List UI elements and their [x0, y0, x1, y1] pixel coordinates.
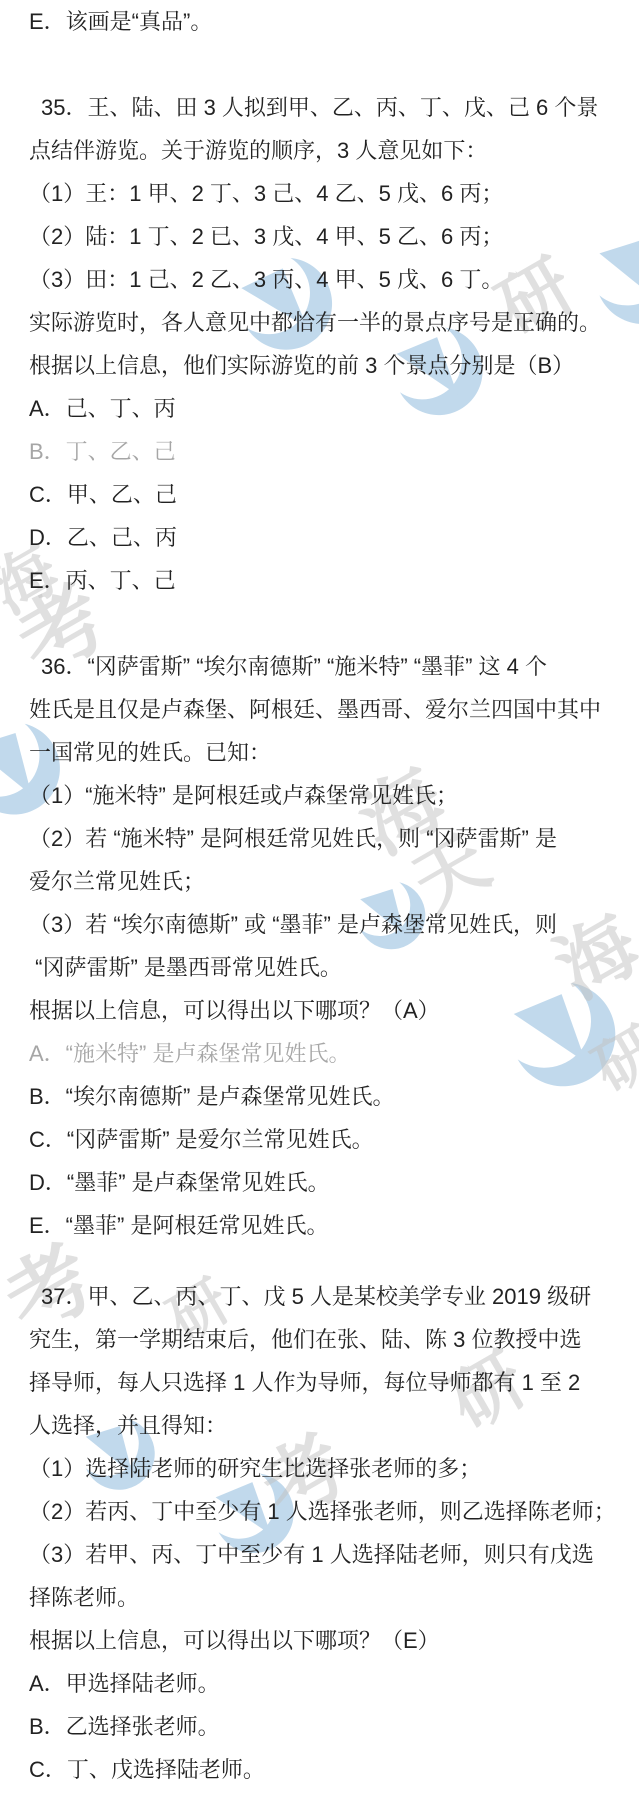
option-line: D．“墨菲” 是卢森堡常见姓氏。 [29, 1161, 611, 1204]
condition-line: （2）陆：1 丁、2 已、3 戊、4 甲、5 乙、6 丙； [29, 215, 611, 258]
question-text-line: 择导师，每人只选择 1 人作为导师，每位导师都有 1 至 2 [29, 1361, 611, 1404]
option-line-selected: A．“施米特” 是卢森堡常见姓氏。 [29, 1032, 611, 1075]
option-line: B．“埃尔南德斯” 是卢森堡常见姓氏。 [29, 1075, 611, 1118]
question-text-line: 实际游览时，各人意见中都恰有一半的景点序号是正确的。 [29, 301, 611, 344]
option-line: C．甲、乙、己 [29, 473, 611, 516]
condition-line: （3）若甲、丙、丁中至少有 1 人选择陆老师，则只有戊选 [29, 1533, 611, 1576]
option-line: C．丁、戊选择陆老师。 [29, 1748, 611, 1791]
condition-line: （1）选择陆老师的研究生比选择张老师的多； [29, 1447, 611, 1490]
question-text-line: 究生，第一学期结束后，他们在张、陆、陈 3 位教授中选 [29, 1318, 611, 1361]
question-text-line: 一国常见的姓氏。已知： [29, 731, 611, 774]
option-line: A．甲选择陆老师。 [29, 1662, 611, 1705]
question-stem-line: 37．甲、乙、丙、丁、戊 5 人是某校美学专业 2019 级研 [29, 1275, 611, 1318]
question-text-line: 点结伴游览。关于游览的顺序，3 人意见如下： [29, 129, 611, 172]
option-line: E．该画是“真品”。 [29, 0, 611, 43]
condition-line: （3）若 “埃尔南德斯” 或 “墨菲” 是卢森堡常见姓氏，则 [29, 903, 611, 946]
question-text-line: 择陈老师。 [29, 1576, 611, 1619]
condition-line: （1）“施米特” 是阿根廷或卢森堡常见姓氏； [29, 774, 611, 817]
condition-line: （1）王：1 甲、2 丁、3 己、4 乙、5 戊、6 丙； [29, 172, 611, 215]
condition-line: （3）田：1 己、2 乙、3 丙、4 甲、5 戊、6 丁。 [29, 258, 611, 301]
option-line: E．“墨菲” 是阿根廷常见姓氏。 [29, 1204, 611, 1247]
question-stem-line: 35．王、陆、田 3 人拟到甲、乙、丙、丁、戊、己 6 个景 [29, 86, 611, 129]
condition-line: （2）若 “施米特” 是阿根廷常见姓氏，则 “冈萨雷斯” 是 [29, 817, 611, 860]
option-line: A．己、丁、丙 [29, 387, 611, 430]
condition-line: （2）若丙、丁中至少有 1 人选择张老师，则乙选择陈老师； [29, 1490, 611, 1533]
question-stem-line: 36．“冈萨雷斯” “埃尔南德斯” “施米特” “墨菲” 这 4 个 [29, 645, 611, 688]
question-text-line: “冈萨雷斯” 是墨西哥常见姓氏。 [29, 946, 611, 989]
document-text: E．该画是“真品”。 35．王、陆、田 3 人拟到甲、乙、丙、丁、戊、己 6 个… [0, 0, 639, 1797]
question-prompt-line: 根据以上信息，可以得出以下哪项？（A） [29, 989, 611, 1032]
question-text-line: 爱尔兰常见姓氏； [29, 860, 611, 903]
option-line-selected: B．丁、乙、己 [29, 430, 611, 473]
question-text-line: 姓氏是且仅是卢森堡、阿根廷、墨西哥、爱尔兰四国中其中 [29, 688, 611, 731]
option-line: C．“冈萨雷斯” 是爱尔兰常见姓氏。 [29, 1118, 611, 1161]
question-text-line: 人选择，并且得知： [29, 1404, 611, 1447]
question-prompt-line: 根据以上信息，他们实际游览的前 3 个景点分别是（B） [29, 344, 611, 387]
question-prompt-line: 根据以上信息，可以得出以下哪项？（E） [29, 1619, 611, 1662]
option-line: D．乙、己、丙 [29, 516, 611, 559]
option-line: B．乙选择张老师。 [29, 1705, 611, 1748]
document-page: 研海考海天海研考研考研 E．该画是“真品”。 35．王、陆、田 3 人拟到甲、乙… [0, 0, 639, 1797]
option-line: E．丙、丁、己 [29, 559, 611, 602]
